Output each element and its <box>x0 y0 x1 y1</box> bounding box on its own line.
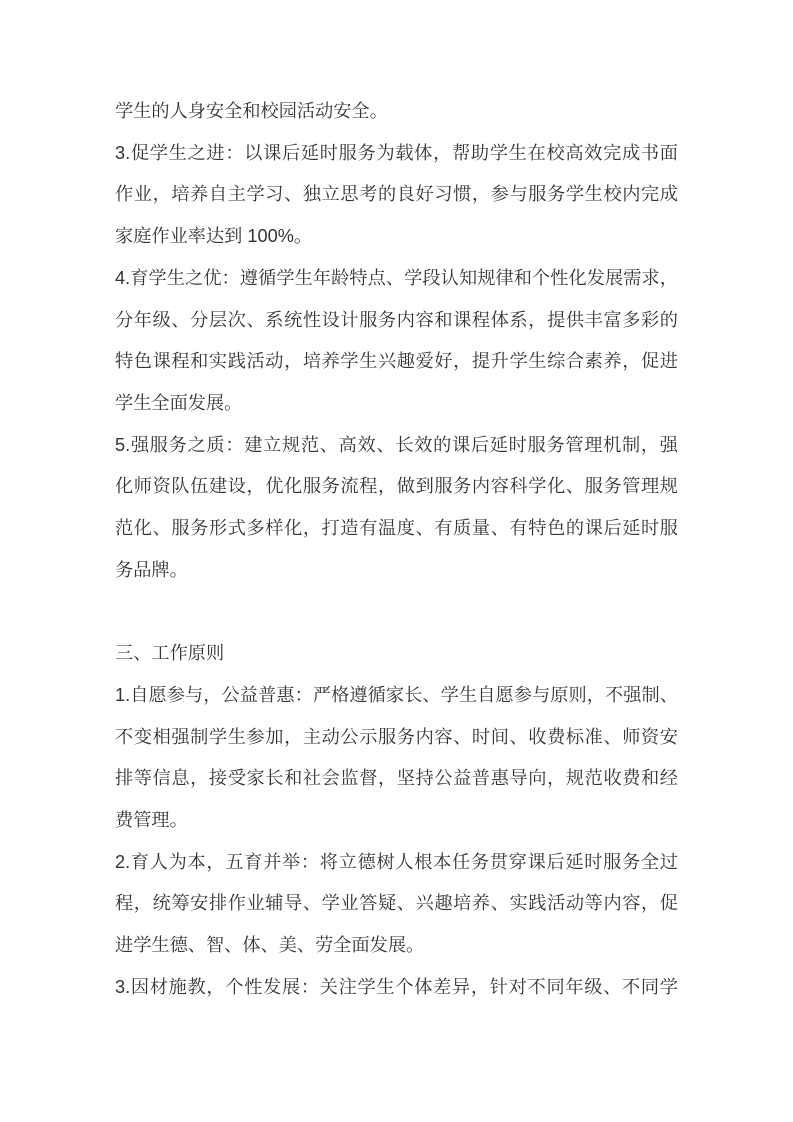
text-line-item-3-goal: 3.促学生之进：以课后延时服务为载体，帮助学生在校高效完成书面 <box>115 133 678 175</box>
document-body: 学生的人身安全和校园活动安全。 3.促学生之进：以课后延时服务为载体，帮助学生在… <box>115 91 678 1008</box>
text-line-paragraph-tail: 学生的人身安全和校园活动安全。 <box>115 91 678 133</box>
blank-line <box>115 591 678 633</box>
section-heading-work-principles: 三、工作原则 <box>115 633 678 675</box>
text-line: 分年级、分层次、系统性设计服务内容和课程体系，提供丰富多彩的 <box>115 300 678 342</box>
text-line: 务品牌。 <box>115 550 678 592</box>
text-line: 范化、服务形式多样化，打造有温度、有质量、有特色的课后延时服 <box>115 508 678 550</box>
text-line: 排等信息，接受家长和社会监督，坚持公益普惠导向，规范收费和经 <box>115 758 678 800</box>
text-line-principle-1: 1.自愿参与，公益普惠：严格遵循家长、学生自愿参与原则，不强制、 <box>115 675 678 717</box>
text-line: 程，统筹安排作业辅导、学业答疑、兴趣培养、实践活动等内容，促 <box>115 883 678 925</box>
text-line-principle-2: 2.育人为本，五育并举：将立德树人根本任务贯穿课后延时服务全过 <box>115 842 678 884</box>
text-line: 家庭作业率达到 100%。 <box>115 216 678 258</box>
text-line-item-5-goal: 5.强服务之质：建立规范、高效、长效的课后延时服务管理机制，强 <box>115 425 678 467</box>
text-line: 作业，培养自主学习、独立思考的良好习惯，参与服务学生校内完成 <box>115 174 678 216</box>
text-line: 费管理。 <box>115 800 678 842</box>
document-page: 学生的人身安全和校园活动安全。 3.促学生之进：以课后延时服务为载体，帮助学生在… <box>0 0 793 1122</box>
text-line: 不变相强制学生参加，主动公示服务内容、时间、收费标准、师资安 <box>115 717 678 759</box>
text-line: 特色课程和实践活动，培养学生兴趣爱好，提升学生综合素养，促进 <box>115 341 678 383</box>
text-line: 进学生德、智、体、美、劳全面发展。 <box>115 925 678 967</box>
text-line: 化师资队伍建设，优化服务流程，做到服务内容科学化、服务管理规 <box>115 466 678 508</box>
text-line-principle-3: 3.因材施教，个性发展：关注学生个体差异，针对不同年级、不同学 <box>115 967 678 1009</box>
text-line: 学生全面发展。 <box>115 383 678 425</box>
text-line-item-4-goal: 4.育学生之优：遵循学生年龄特点、学段认知规律和个性化发展需求， <box>115 258 678 300</box>
